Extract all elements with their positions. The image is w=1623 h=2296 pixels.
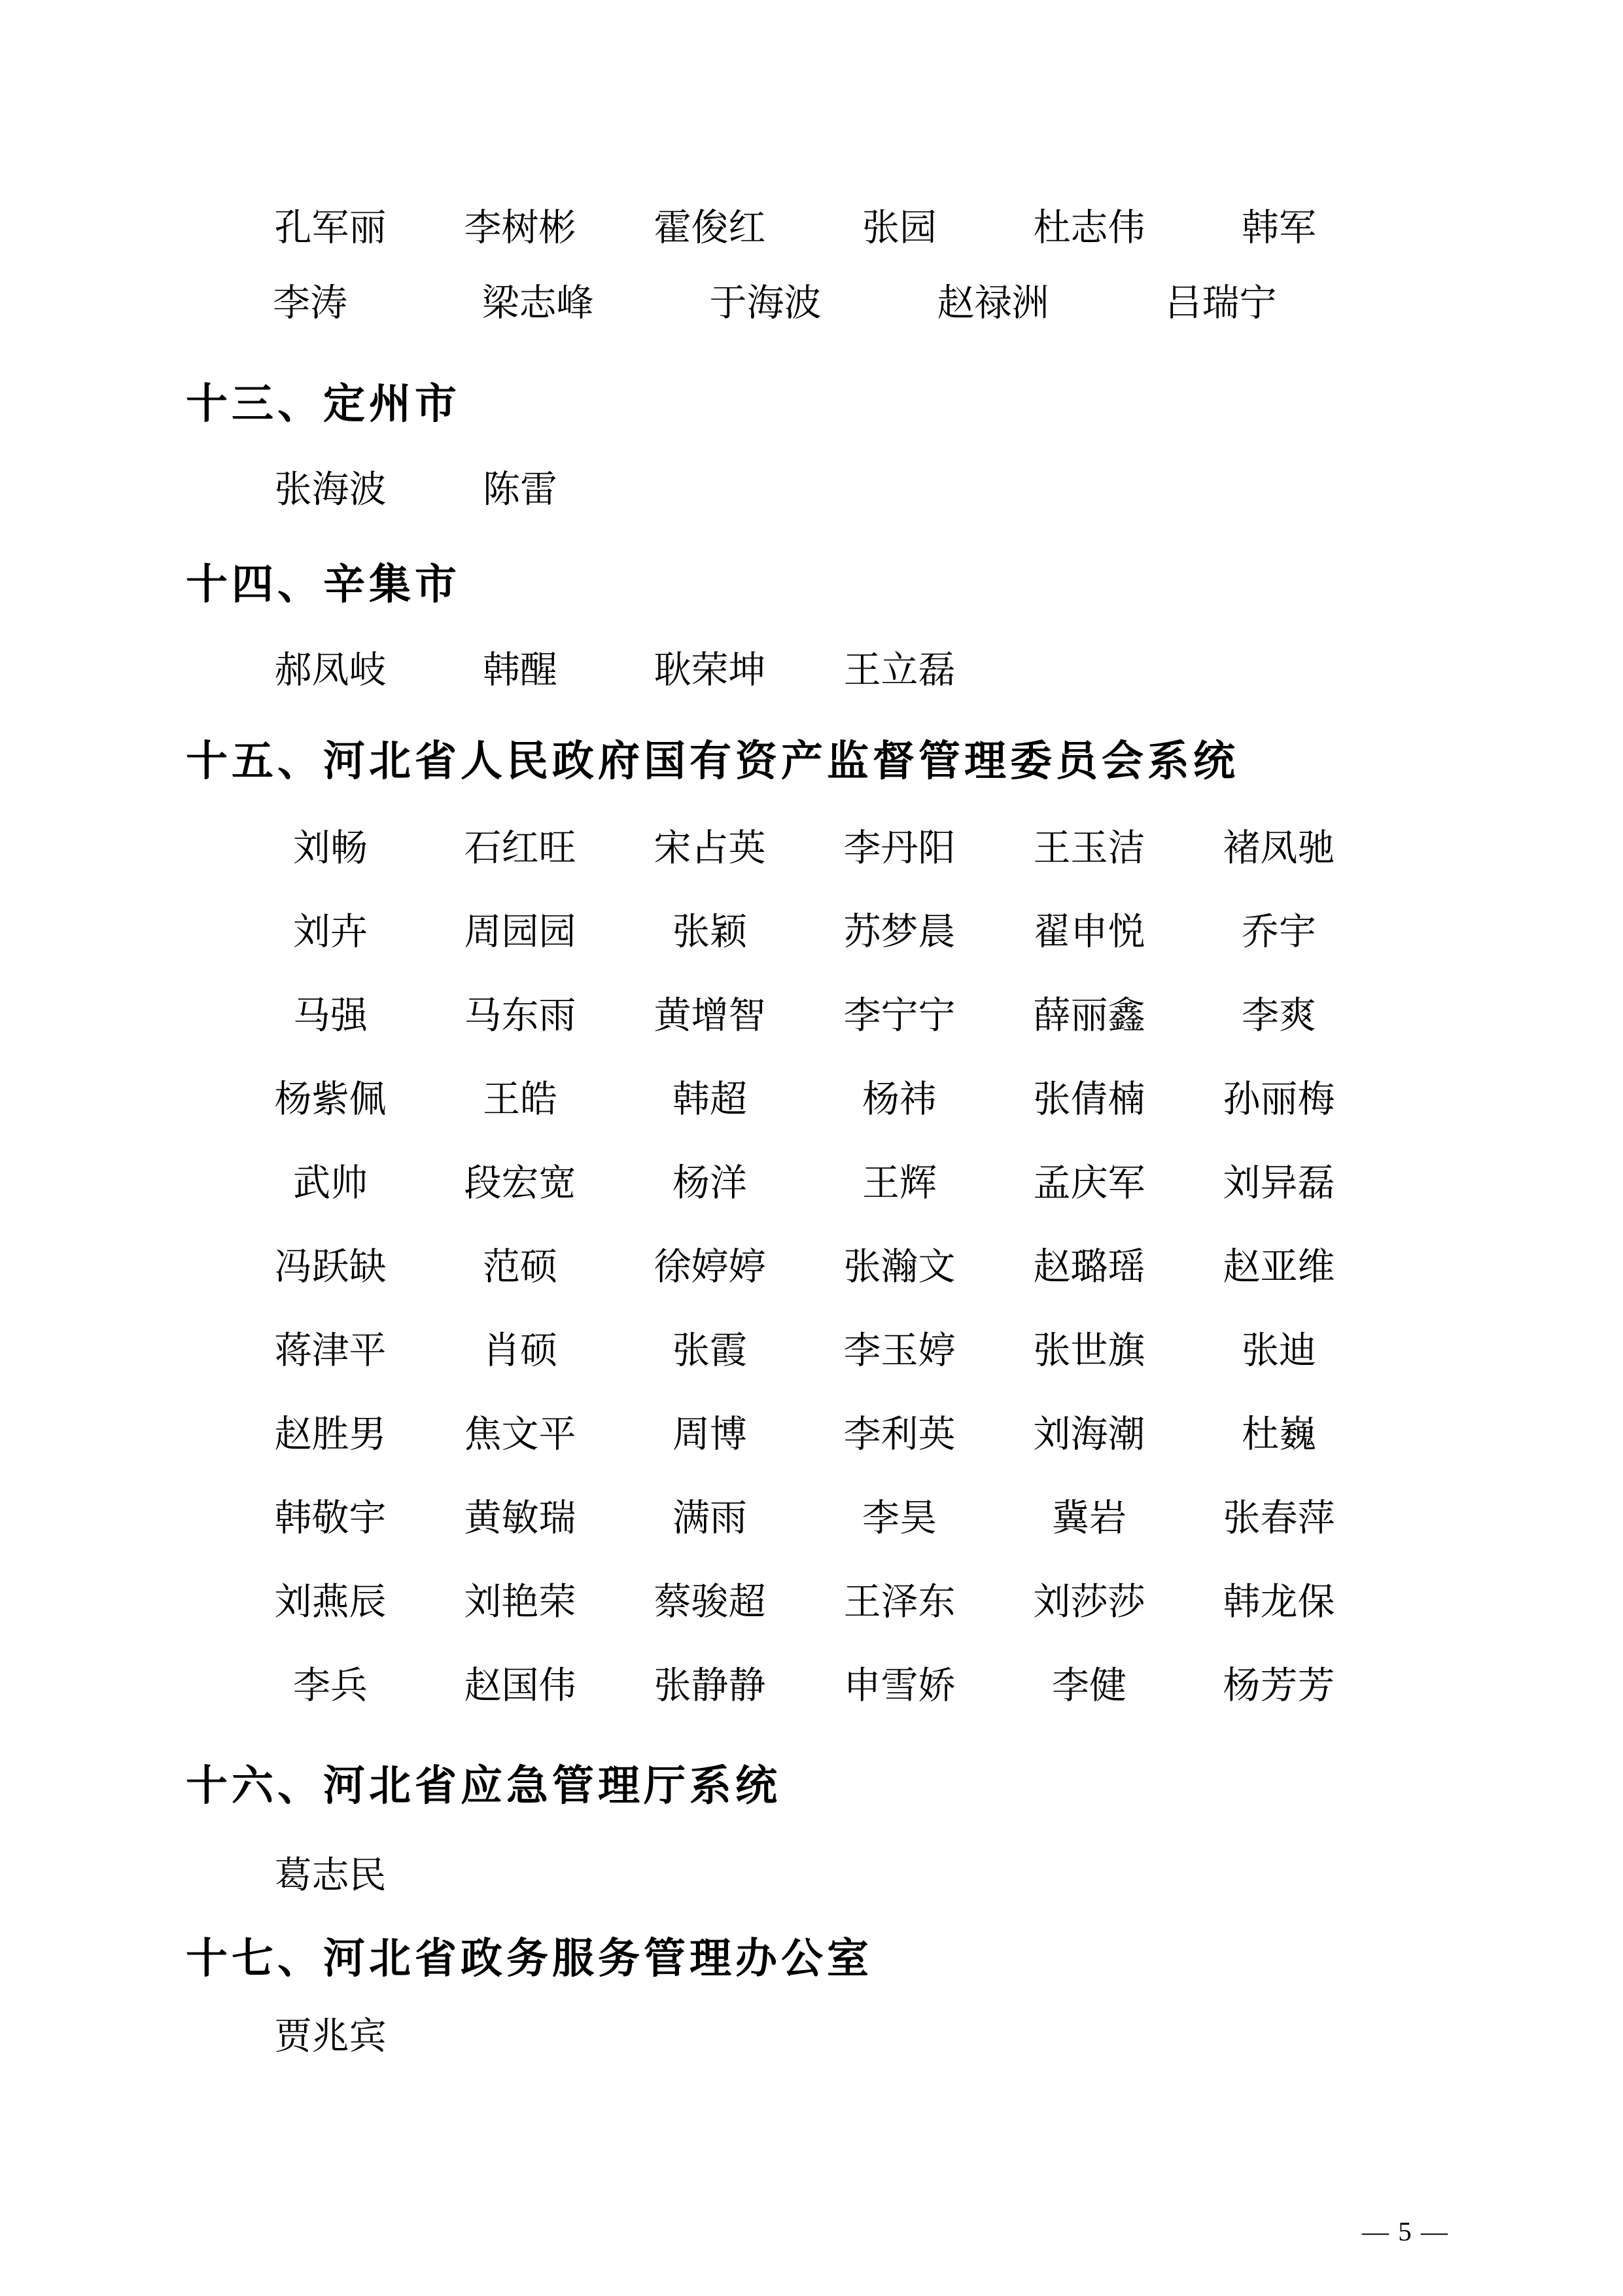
person-name: 王立磊 <box>805 650 994 691</box>
person-name: 焦文平 <box>425 1415 615 1455</box>
person-name: 乔宇 <box>1184 912 1374 953</box>
person-name: 韩龙保 <box>1184 1582 1374 1623</box>
person-name: 韩敬宇 <box>236 1498 425 1539</box>
person-name: 霍俊红 <box>615 208 805 249</box>
person-name: 梁志峰 <box>424 283 652 324</box>
person-name: 翟申悦 <box>994 912 1184 953</box>
person-name: 李爽 <box>1184 996 1374 1036</box>
name-row: 葛志民 <box>236 1856 1374 1896</box>
person-name: 刘海潮 <box>994 1415 1184 1455</box>
person-name: 刘卉 <box>236 912 425 953</box>
section-heading: 十五、河北省人民政府国有资产监督管理委员会系统 <box>186 738 1239 784</box>
person-name: 王泽东 <box>805 1582 994 1623</box>
section-heading: 十四、辛集市 <box>186 561 461 607</box>
person-name: 吕瑞宁 <box>1107 283 1335 324</box>
person-name: 杨芳芳 <box>1184 1666 1374 1706</box>
document-page: 孔军丽 李树彬 霍俊红 张园 杜志伟 韩军 李涛 梁志峰 于海波 赵禄洲 吕瑞宁… <box>0 0 1623 2296</box>
person-name: 段宏宽 <box>425 1163 615 1204</box>
name-row: 刘畅 石红旺 宋占英 李丹阳 王玉洁 褚凤驰 <box>236 828 1374 869</box>
name-row: 蒋津平 肖硕 张霞 李玉婷 张世旗 张迪 <box>236 1331 1374 1371</box>
person-name: 褚凤驰 <box>1184 828 1374 869</box>
name-row: 贾兆宾 <box>236 2017 1374 2057</box>
person-name: 马东雨 <box>425 996 615 1036</box>
person-name: 刘莎莎 <box>994 1582 1184 1623</box>
name-row: 韩敬宇 黄敏瑞 满雨 李昊 冀岩 张春萍 <box>236 1498 1374 1539</box>
person-name: 张世旗 <box>994 1331 1184 1371</box>
person-name: 李兵 <box>236 1666 425 1706</box>
person-name: 肖硕 <box>425 1331 615 1371</box>
person-name: 孙丽梅 <box>1184 1080 1374 1120</box>
person-name: 张静静 <box>615 1666 805 1706</box>
person-name: 孔军丽 <box>236 208 425 249</box>
person-name: 李利英 <box>805 1415 994 1455</box>
person-name: 陈雷 <box>425 470 615 510</box>
section-heading: 十七、河北省政务服务管理办公室 <box>186 1935 873 1981</box>
person-name: 蔡骏超 <box>615 1582 805 1623</box>
person-name: 刘异磊 <box>1184 1163 1374 1204</box>
person-name: 李树彬 <box>425 208 615 249</box>
person-name: 周博 <box>615 1415 805 1455</box>
name-row: 马强 马东雨 黄增智 李宁宁 薛丽鑫 李爽 <box>236 996 1374 1036</box>
person-name: 冀岩 <box>994 1498 1184 1539</box>
person-name: 李昊 <box>805 1498 994 1539</box>
person-name: 张霞 <box>615 1331 805 1371</box>
person-name: 刘畅 <box>236 828 425 869</box>
person-name: 赵国伟 <box>425 1666 615 1706</box>
person-name: 宋占英 <box>615 828 805 869</box>
person-name: 杨洋 <box>615 1163 805 1204</box>
person-name: 孟庆军 <box>994 1163 1184 1204</box>
person-name: 韩军 <box>1184 208 1374 249</box>
person-name: 李宁宁 <box>805 996 994 1036</box>
person-name: 张春萍 <box>1184 1498 1374 1539</box>
person-name: 张颖 <box>615 912 805 953</box>
person-name: 王玉洁 <box>994 828 1184 869</box>
person-name: 李丹阳 <box>805 828 994 869</box>
person-name: 王辉 <box>805 1163 994 1204</box>
person-name: 杜巍 <box>1184 1415 1374 1455</box>
name-row: 李涛 梁志峰 于海波 赵禄洲 吕瑞宁 <box>196 283 1335 324</box>
person-name: 武帅 <box>236 1163 425 1204</box>
name-row: 冯跃缺 范硕 徐婷婷 张瀚文 赵璐瑶 赵亚维 <box>236 1247 1374 1288</box>
name-row: 刘燕辰 刘艳荣 蔡骏超 王泽东 刘莎莎 韩龙保 <box>236 1582 1374 1623</box>
name-row: 武帅 段宏宽 杨洋 王辉 孟庆军 刘异磊 <box>236 1163 1374 1204</box>
person-name: 蒋津平 <box>236 1331 425 1371</box>
person-name: 王皓 <box>425 1080 615 1120</box>
person-name: 杨紫佩 <box>236 1080 425 1120</box>
person-name: 周园园 <box>425 912 615 953</box>
name-row: 郝凤岐 韩醒 耿荣坤 王立磊 <box>236 650 1374 691</box>
person-name: 耿荣坤 <box>615 650 805 691</box>
person-name: 张园 <box>805 208 994 249</box>
person-name: 赵亚维 <box>1184 1247 1374 1288</box>
person-name: 刘燕辰 <box>236 1582 425 1623</box>
person-name: 韩超 <box>615 1080 805 1120</box>
person-name: 葛志民 <box>236 1856 425 1896</box>
page-number: — 5 — <box>1362 2217 1449 2246</box>
person-name: 张倩楠 <box>994 1080 1184 1120</box>
person-name: 黄增智 <box>615 996 805 1036</box>
person-name: 李涛 <box>196 283 424 324</box>
name-row: 李兵 赵国伟 张静静 申雪娇 李健 杨芳芳 <box>236 1666 1374 1706</box>
person-name: 于海波 <box>652 283 879 324</box>
person-name: 范硕 <box>425 1247 615 1288</box>
name-row: 张海波 陈雷 <box>236 470 1374 510</box>
person-name: 郝凤岐 <box>236 650 425 691</box>
person-name: 冯跃缺 <box>236 1247 425 1288</box>
name-row: 刘卉 周园园 张颖 苏梦晨 翟申悦 乔宇 <box>236 912 1374 953</box>
person-name: 徐婷婷 <box>615 1247 805 1288</box>
person-name: 李健 <box>994 1666 1184 1706</box>
person-name: 刘艳荣 <box>425 1582 615 1623</box>
person-name: 贾兆宾 <box>236 2017 425 2057</box>
person-name: 杨祎 <box>805 1080 994 1120</box>
section-heading: 十六、河北省应急管理厅系统 <box>186 1763 781 1809</box>
person-name: 苏梦晨 <box>805 912 994 953</box>
person-name: 石红旺 <box>425 828 615 869</box>
person-name: 杜志伟 <box>994 208 1184 249</box>
name-row: 杨紫佩 王皓 韩超 杨祎 张倩楠 孙丽梅 <box>236 1080 1374 1120</box>
person-name: 马强 <box>236 996 425 1036</box>
person-name: 赵禄洲 <box>879 283 1107 324</box>
person-name: 韩醒 <box>425 650 615 691</box>
person-name: 张瀚文 <box>805 1247 994 1288</box>
person-name: 张海波 <box>236 470 425 510</box>
person-name: 满雨 <box>615 1498 805 1539</box>
person-name: 薛丽鑫 <box>994 996 1184 1036</box>
person-name: 赵璐瑶 <box>994 1247 1184 1288</box>
person-name: 张迪 <box>1184 1331 1374 1371</box>
person-name: 黄敏瑞 <box>425 1498 615 1539</box>
person-name: 赵胜男 <box>236 1415 425 1455</box>
section-heading: 十三、定州市 <box>186 381 461 427</box>
name-row: 赵胜男 焦文平 周博 李利英 刘海潮 杜巍 <box>236 1415 1374 1455</box>
name-row: 孔军丽 李树彬 霍俊红 张园 杜志伟 韩军 <box>236 208 1374 249</box>
person-name: 李玉婷 <box>805 1331 994 1371</box>
person-name: 申雪娇 <box>805 1666 994 1706</box>
